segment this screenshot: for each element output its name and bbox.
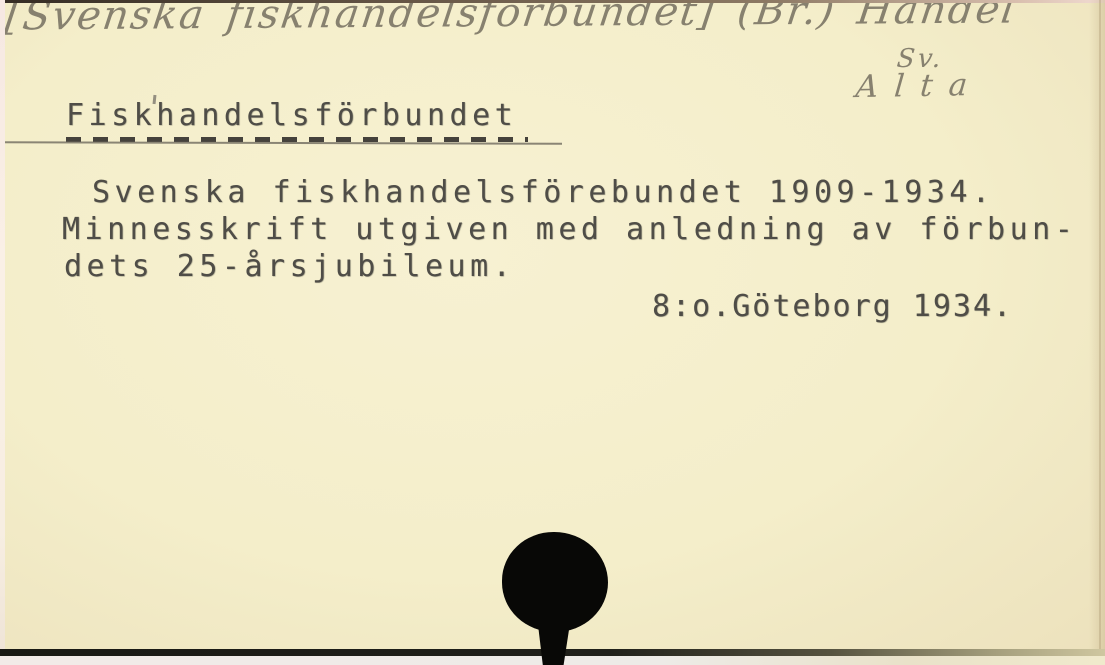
body-line: Svenska fiskhandelsförebundet 1909-1934.: [92, 175, 994, 211]
card-top-edge-shadow: [0, 0, 1105, 3]
index-card: [Svenska fiskhandelsförbundet] (Br.) Han…: [0, 0, 1105, 665]
handwritten-note-alta: Alta: [854, 67, 985, 105]
scan-left-margin: [0, 0, 5, 665]
heading-rule-line: [0, 141, 562, 144]
body-line: dets 25-årsjubileum.: [64, 249, 515, 285]
card-right-crease: [1099, 0, 1101, 665]
punch-hole: [502, 532, 608, 632]
handwritten-classification: [Svenska fiskhandelsförbundet] (Br.) Han…: [2, 0, 1019, 40]
card-heading: Fiskhandelsförbundet: [66, 98, 517, 134]
body-line: Minnesskrift utgiven med anledning av fö…: [62, 212, 1077, 248]
catalog-card-scan: [Svenska fiskhandelsförbundet] (Br.) Han…: [0, 0, 1105, 665]
card-right-edge-shading: [1089, 0, 1105, 665]
imprint-line: 8:o.Göteborg 1934.: [652, 289, 1013, 325]
